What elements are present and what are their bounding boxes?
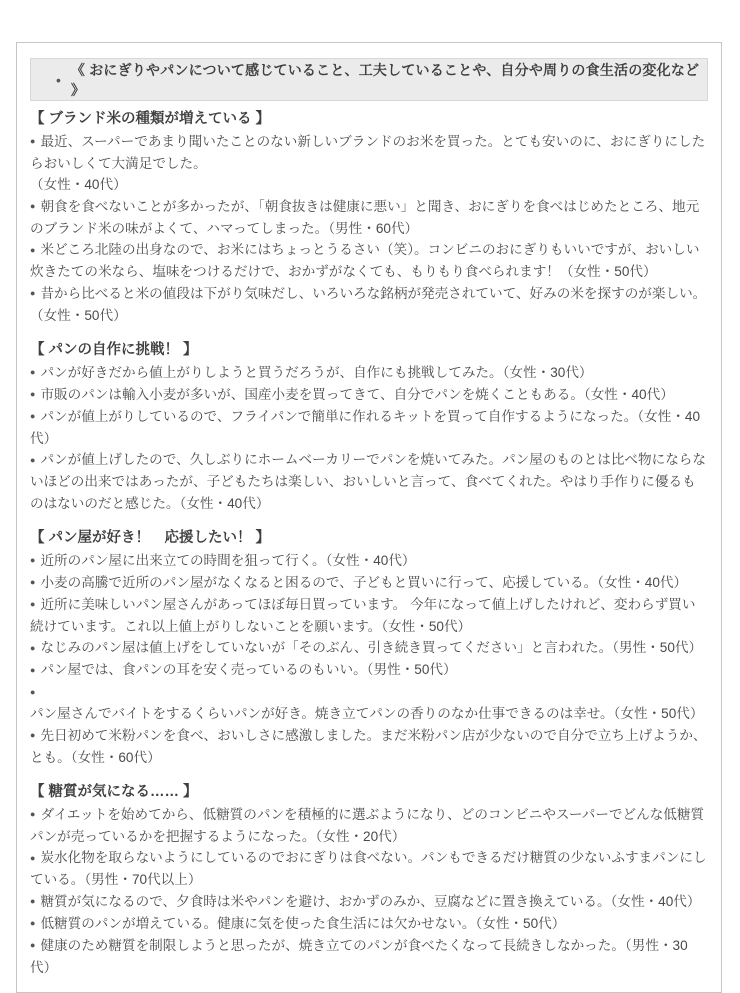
comment-item: ●最近、スーパーであまり聞いたことのない新しいブランドのお米を買った。とても安い… — [30, 131, 708, 196]
comment-text: 近所に美味しいパン屋さんがあってほぼ毎日買っています。 今年になって値上げしたけ… — [30, 597, 696, 634]
sections-container: 【 ブランド米の種類が増えている 】 ●最近、スーパーであまり聞いたことのない新… — [30, 109, 708, 978]
section-items: ●最近、スーパーであまり聞いたことのない新しいブランドのお米を買った。とても安い… — [30, 131, 708, 327]
comment-item: ●健康のため糖質を制限しようと思ったが、焼き立てのパンが食べたくなって長続きしな… — [30, 935, 708, 979]
page-title: 《 おにぎりやパンについて感じていること、工夫していることや、自分や周りの食生活… — [71, 60, 707, 100]
comment-item: ●米どころ北陸の出身なので、お米にはちょっとうるさい（笑）。コンビニのおにぎりも… — [30, 239, 708, 283]
item-bullet-icon: ● — [30, 455, 35, 465]
item-bullet-icon: ● — [30, 555, 35, 565]
comment-text: 炭水化物を取らないようにしているのでおにぎりは食べない。パンもできるだけ糖質の少… — [30, 850, 707, 887]
comment-item: ●パン屋では、食パンの耳を安く売っているのもいい。（男性・50代） — [30, 659, 708, 681]
item-bullet-icon: ● — [30, 730, 35, 740]
item-bullet-icon: ● — [30, 136, 35, 146]
comment-text: 小麦の高騰で近所のパン屋がなくなると困るので、子どもと買いに行って、応援している… — [40, 575, 687, 590]
comment-item: ●近所に美味しいパン屋さんがあってほぼ毎日買っています。 今年になって値上げした… — [30, 594, 708, 638]
comment-item: ●ダイエットを始めてから、低糖質のパンを積極的に選ぶようになり、どのコンビニやス… — [30, 804, 708, 848]
item-bullet-icon: ● — [30, 896, 35, 906]
comment-item: ●昔から比べると米の値段は下がり気味だし、いろいろな銘柄が発売されていて、好みの… — [30, 283, 708, 327]
comment-text: 昔から比べると米の値段は下がり気味だし、いろいろな銘柄が発売されていて、好みの米… — [30, 286, 706, 323]
comment-item: ●なじみのパン屋は値上げをしていないが「そのぶん、引き続き買ってください」と言わ… — [30, 637, 708, 659]
item-bullet-icon: ● — [30, 643, 35, 653]
item-bullet-icon: ● — [30, 411, 35, 421]
comment-section: 【 ブランド米の種類が増えている 】 ●最近、スーパーであまり聞いたことのない新… — [30, 109, 708, 326]
comment-text: なじみのパン屋は値上げをしていないが「そのぶん、引き続き買ってください」と言われ… — [40, 640, 702, 655]
item-bullet-icon: ● — [30, 687, 35, 697]
comment-item: ●糖質が気になるので、夕食時は米やパンを避け、おかずのみか、豆腐などに置き換えて… — [30, 891, 708, 913]
comment-text: 先日初めて米粉パンを食べ、おいしさに感激しました。まだ米粉パン店が少ないので自分… — [30, 728, 707, 765]
item-bullet-icon: ● — [30, 918, 35, 928]
section-heading: 【 パン屋が好き！ 応援したい！ 】 — [30, 528, 708, 550]
item-bullet-icon: ● — [30, 577, 35, 587]
section-items: ●パンが好きだから値上がりしようと買うだろうが、自作にも挑戦してみた。（女性・3… — [30, 362, 708, 515]
comment-item: ●小麦の高騰で近所のパン屋がなくなると困るので、子どもと買いに行って、応援してい… — [30, 572, 708, 594]
comment-text: 健康のため糖質を制限しようと思ったが、焼き立てのパンが食べたくなって長続きしなか… — [30, 938, 688, 975]
comment-section: 【 パンの自作に挑戦！ 】 ●パンが好きだから値上がりしようと買うだろうが、自作… — [30, 340, 708, 514]
comment-text: パン屋さんでバイトをするくらいパンが好き。焼き立てパンの香りのなか仕事できるのは… — [30, 706, 703, 721]
item-bullet-icon: ● — [30, 599, 35, 609]
comment-section: 【 糖質が気になる…… 】 ●ダイエットを始めてから、低糖質のパンを積極的に選ぶ… — [30, 782, 708, 978]
comment-item: ●低糖質のパンが増えている。健康に気を使った食生活には欠かせない。（女性・50代… — [30, 913, 708, 935]
comment-item: ●市販のパンは輸入小麦が多いが、国産小麦を買ってきて、自分でパンを焼くこともある… — [30, 384, 708, 406]
section-heading: 【 糖質が気になる…… 】 — [30, 782, 708, 804]
section-heading: 【 ブランド米の種類が増えている 】 — [30, 109, 708, 131]
item-bullet-icon: ● — [30, 245, 35, 255]
comment-text: ダイエットを始めてから、低糖質のパンを積極的に選ぶようになり、どのコンビニやスー… — [30, 807, 704, 844]
comment-item: ●炭水化物を取らないようにしているのでおにぎりは食べない。パンもできるだけ糖質の… — [30, 847, 708, 891]
item-bullet-icon: ● — [30, 940, 35, 950]
comment-text: 糖質が気になるので、夕食時は米やパンを避け、おかずのみか、豆腐などに置き換えてい… — [40, 894, 700, 909]
list-bullet-icon: • — [56, 73, 61, 87]
item-bullet-icon: ● — [30, 809, 35, 819]
section-items: ●ダイエットを始めてから、低糖質のパンを積極的に選ぶようになり、どのコンビニやス… — [30, 804, 708, 979]
content-panel: • 《 おにぎりやパンについて感じていること、工夫していることや、自分や周りの食… — [16, 42, 722, 993]
item-bullet-icon: ● — [30, 288, 35, 298]
comment-text: 米どころ北陸の出身なので、お米にはちょっとうるさい（笑）。コンビニのおにぎりもい… — [30, 242, 699, 279]
header-bar: • 《 おにぎりやパンについて感じていること、工夫していることや、自分や周りの食… — [30, 58, 708, 101]
item-bullet-icon: ● — [30, 853, 35, 863]
comment-item: ●パンが値上がりしているので、フライパンで簡単に作れるキットを買って自作するよう… — [30, 406, 708, 450]
item-bullet-icon: ● — [30, 389, 35, 399]
comment-section: 【 パン屋が好き！ 応援したい！ 】 ●近所のパン屋に出来立ての時間を狙って行く… — [30, 528, 708, 768]
comment-item: ●朝食を食べないことが多かったが、「朝食抜きは健康に悪い」と聞き、おにぎりを食べ… — [30, 196, 708, 240]
comment-text: パンが好きだから値上がりしようと買うだろうが、自作にも挑戦してみた。（女性・30… — [40, 365, 592, 380]
item-bullet-icon: ● — [30, 201, 35, 211]
comment-text: 低糖質のパンが増えている。健康に気を使った食生活には欠かせない。（女性・50代） — [40, 916, 565, 931]
comment-text: 近所のパン屋に出来立ての時間を狙って行く。（女性・40代） — [40, 553, 415, 568]
item-bullet-icon: ● — [30, 367, 35, 377]
comment-text: 市販のパンは輸入小麦が多いが、国産小麦を買ってきて、自分でパンを焼くこともある。… — [40, 387, 673, 402]
comment-text: 最近、スーパーであまり聞いたことのない新しいブランドのお米を買った。とても安いの… — [30, 134, 705, 193]
comment-text: 朝食を食べないことが多かったが、「朝食抜きは健康に悪い」と聞き、おにぎりを食べは… — [30, 199, 699, 236]
comment-text: パンが値上げしたので、久しぶりにホームベーカリーでパンを焼いてみた。パン屋のもの… — [30, 452, 706, 511]
comment-text: パンが値上がりしているので、フライパンで簡単に作れるキットを買って自作するように… — [30, 409, 700, 446]
section-heading: 【 パンの自作に挑戦！ 】 — [30, 340, 708, 362]
item-bullet-icon: ● — [30, 665, 35, 675]
section-items: ●近所のパン屋に出来立ての時間を狙って行く。（女性・40代）●小麦の高騰で近所の… — [30, 550, 708, 769]
comment-item: ●パン屋さんでバイトをするくらいパンが好き。焼き立てパンの香りのなか仕事できるの… — [30, 681, 708, 725]
comment-item: ●パンが値上げしたので、久しぶりにホームベーカリーでパンを焼いてみた。パン屋のも… — [30, 449, 708, 514]
comment-item: ●パンが好きだから値上がりしようと買うだろうが、自作にも挑戦してみた。（女性・3… — [30, 362, 708, 384]
comment-text: パン屋では、食パンの耳を安く売っているのもいい。（男性・50代） — [40, 662, 456, 677]
comment-item: ●先日初めて米粉パンを食べ、おいしさに感激しました。まだ米粉パン店が少ないので自… — [30, 725, 708, 769]
comment-item: ●近所のパン屋に出来立ての時間を狙って行く。（女性・40代） — [30, 550, 708, 572]
